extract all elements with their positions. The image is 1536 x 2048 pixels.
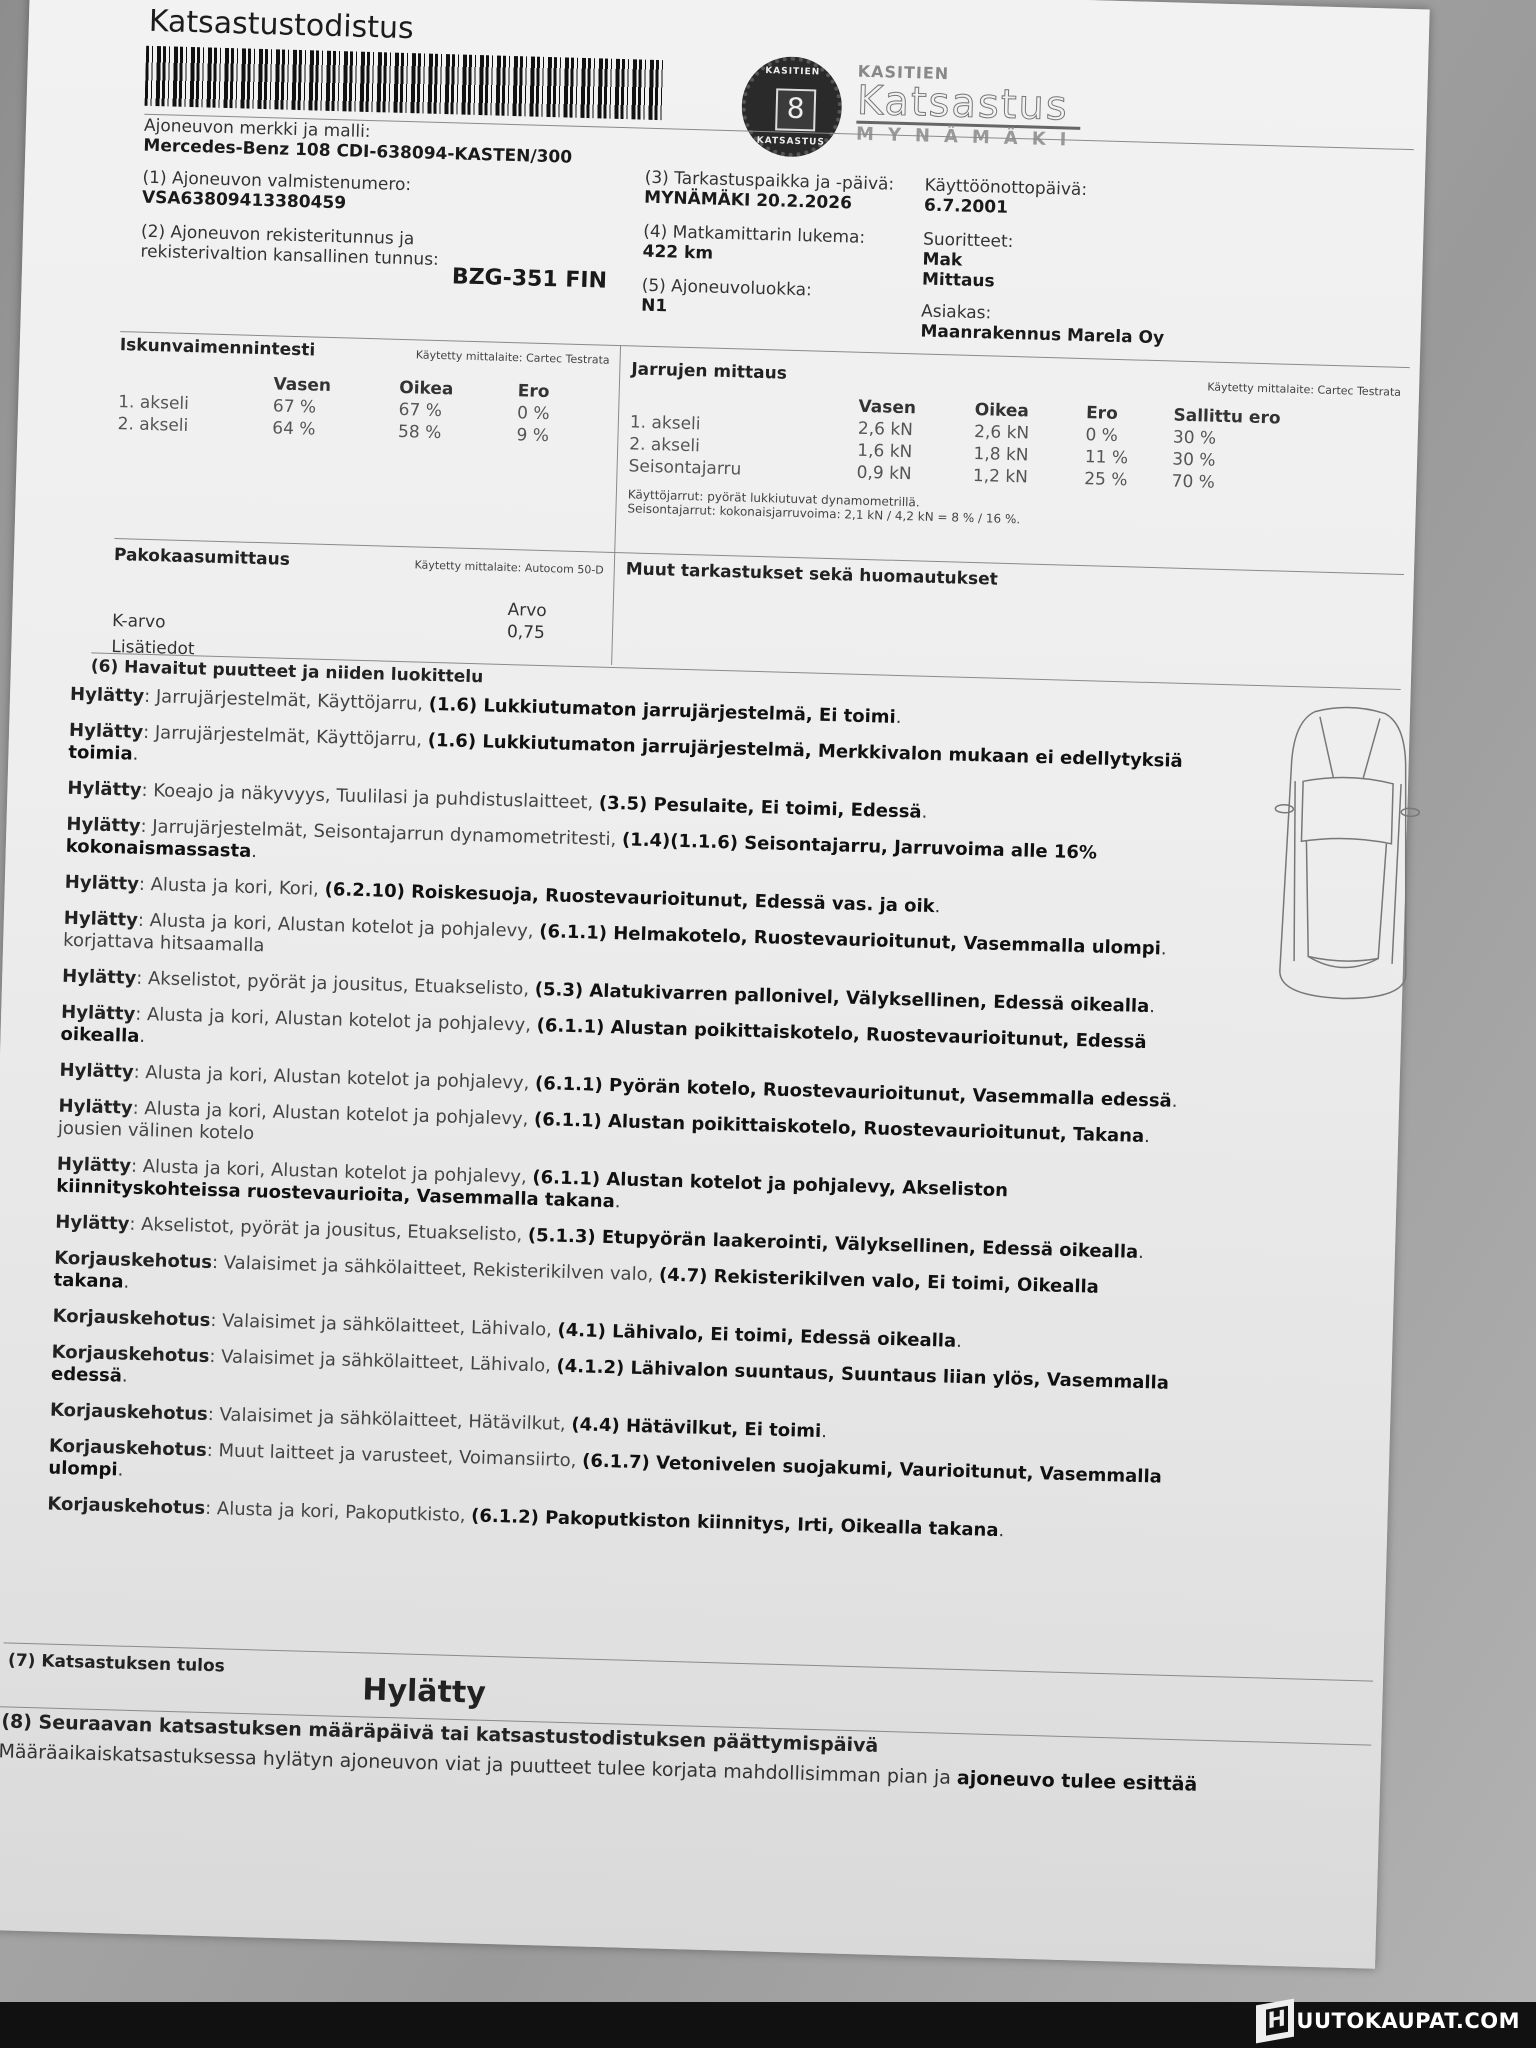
document-title: Katsastustodistus <box>148 4 414 46</box>
defects-list: Hylätty: Jarrujärjestelmät, Käyttöjarru,… <box>47 684 1190 1561</box>
defect-category: : Valaisimet ja sähkölaitteet, Rekisteri… <box>212 1252 660 1285</box>
defect-category: : Koeajo ja näkyvyys, Tuulilasi ja puhdi… <box>141 780 599 814</box>
shock-test-table: VasenOikeaEro1. akseli67 %67 %0 %2. akse… <box>117 369 589 448</box>
car-diagram-icon <box>1267 701 1425 1005</box>
defect-classification: Korjauskehotus <box>49 1436 207 1461</box>
defect-classification: Korjauskehotus <box>51 1342 209 1367</box>
defect-description: (4.4) Hätävilkut, Ei toimi <box>571 1414 821 1442</box>
defect-category: : Valaisimet ja sähkölaitteet, Lähivalo, <box>209 1346 557 1377</box>
defect-category: : Akselistot, pyörät ja jousitus, Etuaks… <box>129 1214 528 1246</box>
defect-category: : Valaisimet ja sähkölaitteet, Hätävilku… <box>207 1404 571 1435</box>
defect-description: (6.1.1) Pyörän kotelo, Ruostevaurioitunu… <box>535 1073 1172 1112</box>
defect-category: : Jarrujärjestelmät, Käyttöjarru, <box>143 722 428 751</box>
defect-classification: Hylätty <box>57 1154 132 1177</box>
vehicle-info: Ajoneuvon merkki ja malli: Mercedes-Benz… <box>140 116 724 278</box>
defect-category: : Alusta ja kori, Kori, <box>139 874 325 900</box>
defect-description: (5.1.3) Etupyörän laakerointi, Välyksell… <box>528 1225 1139 1263</box>
defect-classification: Hylätty <box>61 1002 136 1025</box>
defect-description: (6.2.10) Roiskesuoja, Ruostevaurioitunut… <box>324 879 935 917</box>
defect-classification: Hylätty <box>65 872 140 895</box>
defect-category: : Jarrujärjestelmät, Käyttöjarru, <box>144 686 429 715</box>
defect-description: (5.3) Alatukivarren pallonivel, Välyksel… <box>535 979 1150 1017</box>
brake-test: Jarrujen mittaus Käytetty mittalaite: Ca… <box>627 359 1401 536</box>
defect-classification: Hylätty <box>64 908 139 931</box>
defect-classification: Hylätty <box>62 966 137 989</box>
defect-classification: Hylätty <box>55 1212 130 1235</box>
defect-description: (4.1) Lähivalo, Ei toimi, Edessä oikeall… <box>557 1320 956 1352</box>
defect-category: : Valaisimet ja sähkölaitteet, Lähivalo, <box>210 1310 558 1341</box>
defect-classification: Korjauskehotus <box>50 1400 208 1425</box>
defect-category: : Muut laitteet ja varusteet, Voimansiir… <box>206 1440 582 1471</box>
result-label: (7) Katsastuksen tulos <box>8 1650 225 1676</box>
logo-number: 8 <box>775 88 816 131</box>
watermark: H UUTOKAUPAT.COM <box>1256 2002 1520 2040</box>
defect-description: (6.1.2) Pakoputkiston kiinnitys, Irti, O… <box>471 1505 999 1541</box>
defect-classification: Korjauskehotus <box>54 1248 212 1273</box>
defect-category: : Alusta ja kori, Pakoputkisto, <box>205 1498 472 1526</box>
k-value: 0,75 <box>507 622 545 643</box>
defect-description: (3.5) Pesulaite, Ei toimi, Edessä <box>599 793 922 823</box>
defect-description: (1.6) Lukkiutumaton jarrujärjestelmä, Ei… <box>428 694 896 728</box>
defect-classification: Hylätty <box>58 1096 133 1119</box>
result-value: Hylätty <box>362 1672 486 1710</box>
inspection-extra-info: Käyttöönottopäivä: 6.7.2001 Suoritteet: … <box>920 176 1245 351</box>
shock-absorber-test: Iskunvaimennintesti Käytetty mittalaite:… <box>117 335 610 449</box>
defect-category: : Alusta ja kori, Alustan kotelot ja poh… <box>133 1062 535 1094</box>
defect-classification: Hylätty <box>67 778 142 801</box>
defect-category: : Akselistot, pyörät ja jousitus, Etuaks… <box>136 968 535 1000</box>
brake-test-table: VasenOikeaEroSallittu ero1. akseli2,6 kN… <box>628 389 1390 498</box>
company-logo-badge: KASITIEN 8 KATSASTUS <box>740 55 843 158</box>
divider <box>611 345 621 665</box>
inspection-certificate: Katsastustodistus KASITIEN 8 KATSASTUS K… <box>0 0 1430 1969</box>
defect-classification: Hylätty <box>70 684 145 707</box>
defect-classification: Hylätty <box>69 720 144 743</box>
defect-classification: Korjauskehotus <box>52 1306 210 1331</box>
defect-classification: Korjauskehotus <box>47 1494 205 1519</box>
defect-category: : Alusta ja kori, Alustan kotelot ja poh… <box>135 1004 537 1036</box>
inspection-info: (3) Tarkastuspaikka ja -päivä: MYNÄMÄKI … <box>641 168 945 324</box>
defect-classification: Hylätty <box>66 814 141 837</box>
barcode <box>145 46 666 120</box>
defect-classification: Hylätty <box>59 1060 134 1083</box>
registration-number: BZG-351 FIN <box>452 264 608 293</box>
other-checks-title: Muut tarkastukset sekä huomautukset <box>626 559 999 589</box>
cube-logo-icon: H <box>1256 1999 1294 2044</box>
